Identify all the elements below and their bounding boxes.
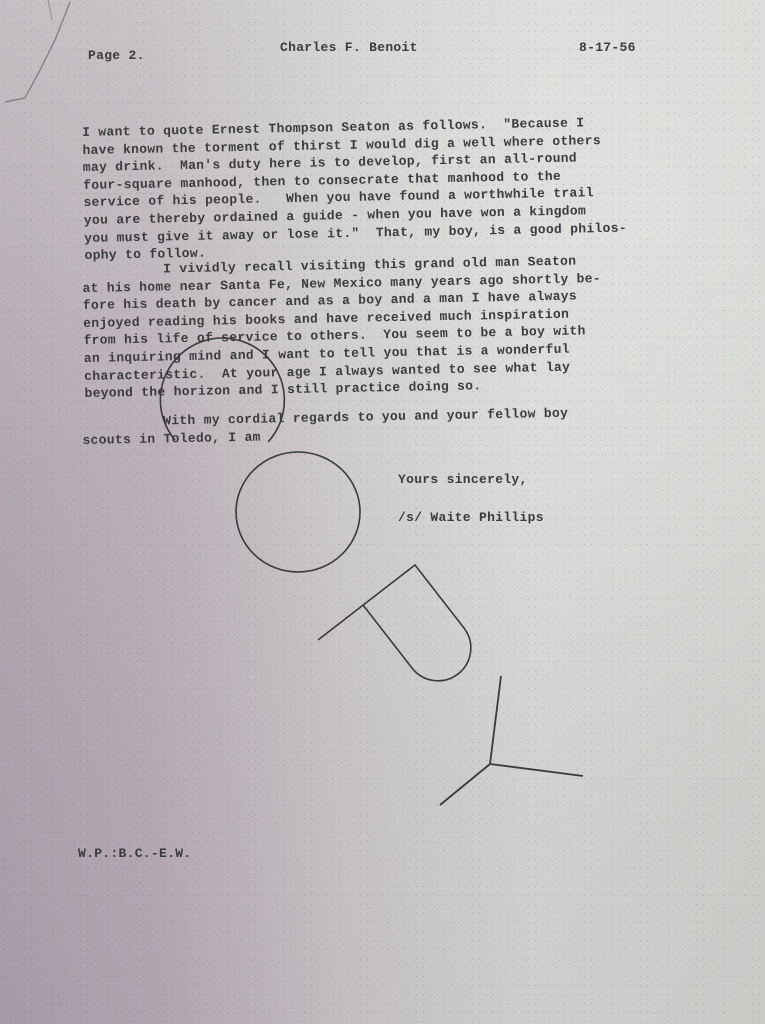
typist-initials: W.P.:B.C.-E.W. [78,846,191,861]
paragraph-quote: I want to quote Ernest Thompson Seaton a… [82,114,627,265]
recipient-name: Charles F. Benoit [280,40,418,55]
closing-salutation: Yours sincerely, [398,472,528,487]
letter-page: Page 2. Charles F. Benoit 8-17-56 I want… [0,0,765,1024]
stamp-letter-y [440,676,583,805]
signature: /s/ Waite Phillips [398,510,544,525]
stamp-letter-p [318,565,471,681]
page-number: Page 2. [88,48,145,63]
paragraph-regards: With my cordial regards to you and your … [82,405,569,450]
letter-date: 8-17-56 [579,40,636,55]
stamp-letter-o [236,452,360,572]
paragraph-recollection: I vividly recall visiting this grand old… [82,252,603,403]
